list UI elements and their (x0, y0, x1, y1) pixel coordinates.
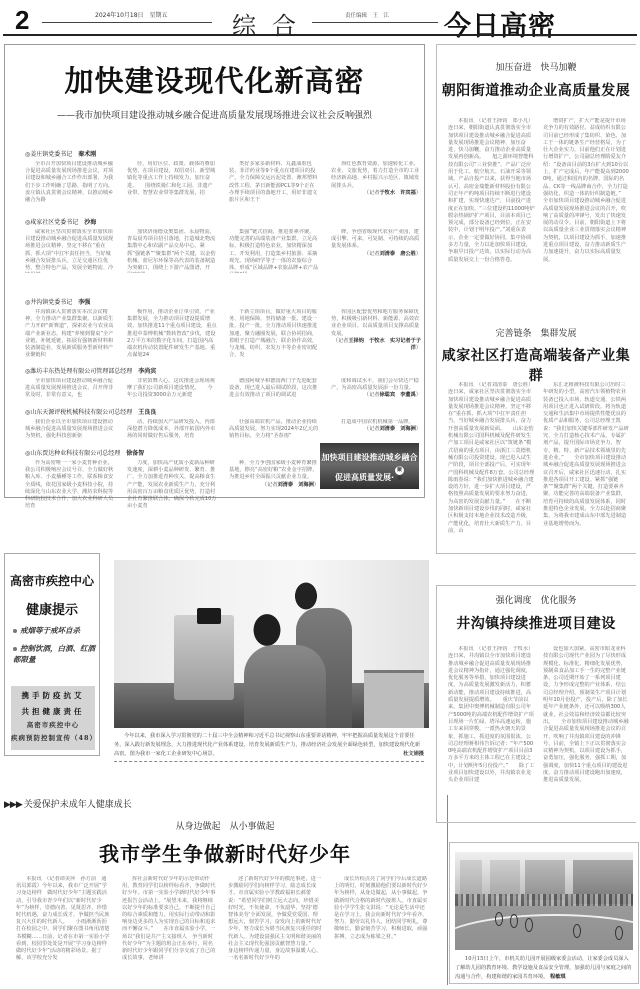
text-column: 设也加大加紧，高密市昭龙业科技有限公司现代产业园为了尽快形成规模化、标准化、精细… (543, 646, 630, 816)
slogan-line: 共担健康责任 (11, 706, 95, 718)
text-column: 本报讯 （记者刘清泰 唐公胜）连日来，咸家社区坚决贯彻落实全市加快项目建设推动城… (448, 382, 535, 574)
interview-body: 全市加快项目建设推动城乡融合促进高质量发展现场推进会议，召开得非常及时，非常有意… (25, 378, 421, 400)
promo-banner-line1: 加快项目建设推动城乡融合 (320, 449, 419, 466)
issue-date: 2024年10月18日 星期五 (95, 10, 168, 19)
text-column: 增资扩产，扩大产能是提升市场竞争力的有效路径。益成纺织有限公司目前已经形成了集纺… (543, 118, 630, 298)
article-kicker: 完善链条 集群发展 (436, 326, 636, 339)
interview-name: 秦术刚 (78, 151, 96, 158)
text-column: 加快济南德众奥集团、永晨物流、青岛晨寿项目招引落地，打造城北物流集散中心和农副产… (127, 229, 217, 273)
interview-name: 李强 (78, 299, 90, 306)
focus-badge-icon: 聚焦 (395, 466, 404, 475)
running-track (455, 914, 633, 950)
interview-body: 井沟镇深入贯彻落实本次会议精神，全力推动产业集群集聚。以新质生产力开辟“新赛道”… (25, 309, 421, 359)
column-divider (447, 795, 448, 985)
interview-header: ◎咸家社区党委书记沙海 (25, 217, 96, 226)
byline: （记者刘清泰 刘海洲） (229, 482, 319, 489)
promo-banner-line2: 促进高质量发展·聚焦 (320, 466, 419, 486)
text-column: 种，全力争创国家级小麦种育繁推基地，擦亮“高密好粮”农业金字招牌，为推进乡村全面… (229, 460, 319, 510)
masthead-bottom-rule (3, 34, 637, 36)
interview-role: ◎潍坊丰东热处理有限公司管理部总经理 (25, 368, 132, 375)
text-column: 成长历程点亮了同学们今后成长道路上的明灯，时刻激励他们要以新时代好少年为榜样，从… (334, 876, 428, 986)
slogan-line: 携手防疫抗艾 (11, 690, 95, 702)
building (490, 860, 520, 896)
kids-activity-photo[interactable] (455, 852, 633, 950)
lab-photo-caption: 今年以来，我市深入学习贯彻党的二十届三中全会精神和习近平总书记视察山东重要讲话精… (114, 732, 424, 762)
article-body: 本报讯 （记者王择钧 郑小凡）连日来，朝阳街道认真贯彻落实全市加快项目建设推动城… (448, 118, 630, 298)
health-ad-heading: 健康提示 (5, 599, 99, 618)
newspaper-brand: 今日高密 (444, 4, 556, 43)
article-title: 朝阳街道推动企业高质量发展 (436, 80, 636, 100)
text-column: 咸家社区坚决贯彻落实全市加快项目建设推动城乡融合促进高质量发展现场推进会议精神，… (25, 229, 115, 273)
text-column: 集强”链式招商，推进要素齐聚，功能完善的高端装备产业集群。立足高标，积极打造特色… (229, 229, 319, 273)
bottom-article-title: 我市学生争做新时代好少年 (0, 838, 450, 867)
text-column: 极作用，推动企业订单引资，产业集群发展，全力推动项目建设提质增效，加快推进11个… (127, 309, 217, 359)
text-column: 本报讯 （记者王择钧 郑小凡）连日来，朝阳街道认真贯彻落实全市加快项目建设推动城… (448, 118, 535, 298)
text-column: 全市加快项目建设推动城乡融合促进高质量发展现场推进会议，召开得非常及时，非常有意… (25, 378, 115, 400)
byline: （记者徐聪宾 李董禹） (331, 392, 421, 399)
text-column: 东汇北植被科技有限公司历时三年研发的小型，高密汽车领植物农业装备已投入市场，轨道… (543, 382, 630, 574)
lab-photo[interactable] (114, 560, 429, 728)
microscope (174, 615, 234, 700)
text-column: 类好多家多新材料、丸鑫油墨包装、菲洋药业等9个重点在建项目的投产，全力保障交运污… (229, 161, 319, 205)
tunnel-hoop (510, 914, 518, 928)
byline: （记者刘清泰 唐公胜） (331, 251, 421, 258)
health-ad-org: 高密市疾控中心 (5, 572, 99, 589)
masthead-rule-right (312, 22, 438, 23)
topic-kicker: ▶▶▶关爱保护未成年人健康成长 (4, 797, 132, 810)
interview-body: 我们企业以全市加快项目建设推动城乡融合促进高质量发展现场推进会议为契机，强化科技… (25, 419, 421, 441)
health-ad: 高密市疾控中心 健康提示 戒烟等于戒坏自杀 控制饮酒，白酒、红酒都限量 携手防疫… (4, 553, 100, 756)
interview-name: 沙海 (84, 219, 96, 226)
text-column: 挥社会新时代好少年的示范带动作用，教育同学们以榜样标看齐，争做时代好少年。市第一… (122, 876, 216, 986)
text-column: 牌，争创省级现代农业产业园，建成引擎、可来、可复制、可持续的高质量发展体系。（记… (331, 229, 421, 273)
text-column: 挥园区配套优势和地方服务保障优势，积极吸引新材料、新能源、高效农业企业项目，以高… (331, 309, 421, 359)
tunnel-hoop (495, 912, 503, 926)
text-column: 力度，加快高产优质小麦新品种研发速度，深耕小麦品种研发、繁育、推广，全力加推进育… (127, 460, 217, 510)
article-kicker: 强化调度 优化服务 (436, 593, 636, 606)
bullet-icon (13, 629, 17, 633)
editor-credit: 责任编辑 王 江 (345, 11, 389, 19)
text-column: 作为高密唯一一家小麦育种企业，我公司积极响应会议号召，全力做好秋粮入库、小麦播種… (25, 460, 115, 510)
interview-role: ◎咸家社区党委书记 (25, 219, 78, 226)
text-column: 度和调试水平，我们会尽快达产稳产，为高密高质量发展添一份力量。（记者徐聪宾 李董… (331, 378, 421, 400)
text-column: 壮强高端农机产品，推动企业持续高质量发展。努力实现2024年2亿元的销售目标，全… (229, 419, 319, 441)
text-column: 我们企业以全市加快项目建设推动城乡融合促进高质量发展现场推进会议为契机，强化科技… (25, 419, 115, 441)
interview-role: ◎山东贾达种业科技有限公司总经理 (25, 450, 120, 457)
text-column: 本报讯 （记者谭美萍 孙方前 通讯员郭霞）今年以来，我市广泛开展“学习身边榜样 … (16, 876, 110, 986)
article-title: 咸家社区打造高端装备产业集群 (436, 345, 636, 385)
triple-arrow-icon: ▶▶▶ (4, 800, 22, 810)
interview-name: 李尚宾 (138, 368, 156, 375)
text-column: 井沟镇深入贯彻落实本次会议精神，全力推动产业集群集聚。以新质生产力开辟“新赛道”… (25, 309, 115, 359)
text-column: 本报讯 （记者王择钧 于牧水）连日来，井沟镇以全市加快项目建设推动城乡融合促进高… (448, 646, 535, 816)
feature-box: 加快建设现代化新高密 ——我市加快项目建设推动城乡融合促进高质量发展现场推进会议… (4, 44, 425, 498)
promo-banner[interactable]: 加快项目建设推动城乡融合 促进高质量发展·聚焦 (320, 443, 419, 489)
bullet-icon (13, 647, 17, 651)
interview-role: ◎井沟镇党委书记 (25, 299, 72, 306)
sponsor-line: 高密市疾控中心 (11, 720, 95, 731)
interview-header: ◎山东天源评税机械科技有限公司总经理王良良 (25, 407, 156, 416)
lab-cabinet (364, 670, 424, 728)
tunnel-hoop (573, 924, 581, 938)
photo-credit: 杜文娟摄 (403, 750, 424, 759)
article-title: 井沟镇持续推进项目建设 (436, 613, 636, 633)
text-column: 坝红色教育资源，加速转化工业、农业、文旅优势，着力打造全市的工业经济新高地、乡村… (331, 161, 421, 205)
interview-name: 王良良 (138, 409, 156, 416)
interview-body: 全市召开加快项目建设推动城乡融合促进高质量发展现场推进会议，对项目建设和城乡融合… (25, 161, 421, 205)
bottom-article-body: 本报讯 （记者谭美萍 孙方前 通讯员郭霞）今年以来，我市广泛开展“学习身边榜样 … (16, 876, 428, 986)
masthead: 2 2024年10月18日 星期五 综合 责任编辑 王 江 今日高密 (0, 0, 640, 40)
kids-photo-caption: 10月15日上午，市机关幼儿园开展园级家委会活动，让家委会成员深入了解幼儿园的教… (455, 955, 633, 982)
masthead-rule-left (42, 22, 212, 23)
health-tip: 控制饮酒，白酒、红酒都限量 (13, 643, 99, 665)
page-number: 2 (15, 5, 29, 36)
byline: （记者王择钧 于牧水 实习记者于子洋） (331, 338, 421, 352)
text-column: 个新立项项目，做好重大项目的服务，用地保障，坚持储备一批、建设一批、投产一批，全… (229, 309, 319, 359)
tunnel-hoop (525, 918, 533, 932)
bottom-article-subtitle: 从身边做起 从小事做起 (0, 819, 450, 832)
interview-name: 徐备智 (126, 450, 144, 457)
sponsor-line: 疾病预防控制宣传（48） (11, 733, 95, 744)
photo-credit: 程敏琪 (550, 974, 566, 980)
text-column: 德国阿城孚和德国西门子先进配套设备，现已进入最后调试阶段，这次推进会有效推动了项… (229, 378, 319, 400)
tunnel-hoop (615, 926, 623, 940)
interview-header: ◎山东贾达种业科技有限公司总经理徐备智 (25, 448, 144, 457)
text-column: 径，用好区位、政策、载体的叠加优势，在项目建设、双招双引、新型城镇化等重点工作上… (127, 161, 217, 205)
interview-role: ◎山东天源评税机械科技有限公司总经理 (25, 409, 132, 416)
text-column: 非常鼓舞人心。这次推进会现场观摩了我们公司新项目建设情况。 今年公司投资3000… (127, 378, 217, 400)
article-kicker: 加压奋进 快马加鞭 (436, 60, 636, 73)
feature-subtitle: ——我市加快项目建设推动城乡融合促进高质量发展现场推进会议社会反响强烈 (5, 108, 424, 121)
byline: （记者刘清泰 刘海洲） (331, 426, 421, 433)
health-tip: 戒烟等于戒坏自杀 (13, 625, 99, 636)
interview-role: ◎姜庄镇党委书记 (25, 151, 72, 158)
interview-header: ◎井沟镇党委书记李强 (25, 297, 90, 306)
health-slogan-box: 携手防疫抗艾 共担健康责任 高密市疾控中心 疾病预防控制宣传（48） (11, 686, 95, 750)
crowd (455, 894, 633, 906)
interview-body: 咸家社区坚决贯彻落实全市加快项目建设推动城乡融合促进高质量发展现场推进会议精神，… (25, 229, 421, 273)
text-column: 打造成中国农机机械第一品牌。（记者刘清泰 刘海洲） (331, 419, 421, 441)
article-body: 本报讯 （记者王择钧 于牧水）连日来，井沟镇以全市加快项目建设推动城乡融合促进高… (448, 646, 630, 816)
microscope-camera (197, 608, 221, 624)
text-column: 述了新时代好少年的模范事迹，进一步激励同学们向榜样学习，励志成长成才。市直属实验… (228, 876, 322, 986)
interview-header: ◎姜庄镇党委书记秦术刚 (25, 149, 96, 158)
byline: （记者于牧水 许宾福） (331, 190, 421, 197)
seated-technician (244, 645, 326, 728)
interview-header: ◎潍坊丰东热处理有限公司管理部总经理李尚宾 (25, 366, 156, 375)
feature-title: 加快建设现代化新高密 (5, 59, 424, 100)
text-column: 动，持续加大产品研发投入，内部深挖潜力降低成本，外部开拓国内外市场的同时做好售后… (127, 419, 217, 441)
text-column: 全市召开加快项目建设推动城乡融合促进高质量发展现场推进会议，对项目建设和城乡融合… (25, 161, 115, 205)
article-body: 本报讯 （记者刘清泰 唐公胜）连日来，咸家社区坚决贯彻落实全市加快项目建设推动城… (448, 382, 630, 574)
